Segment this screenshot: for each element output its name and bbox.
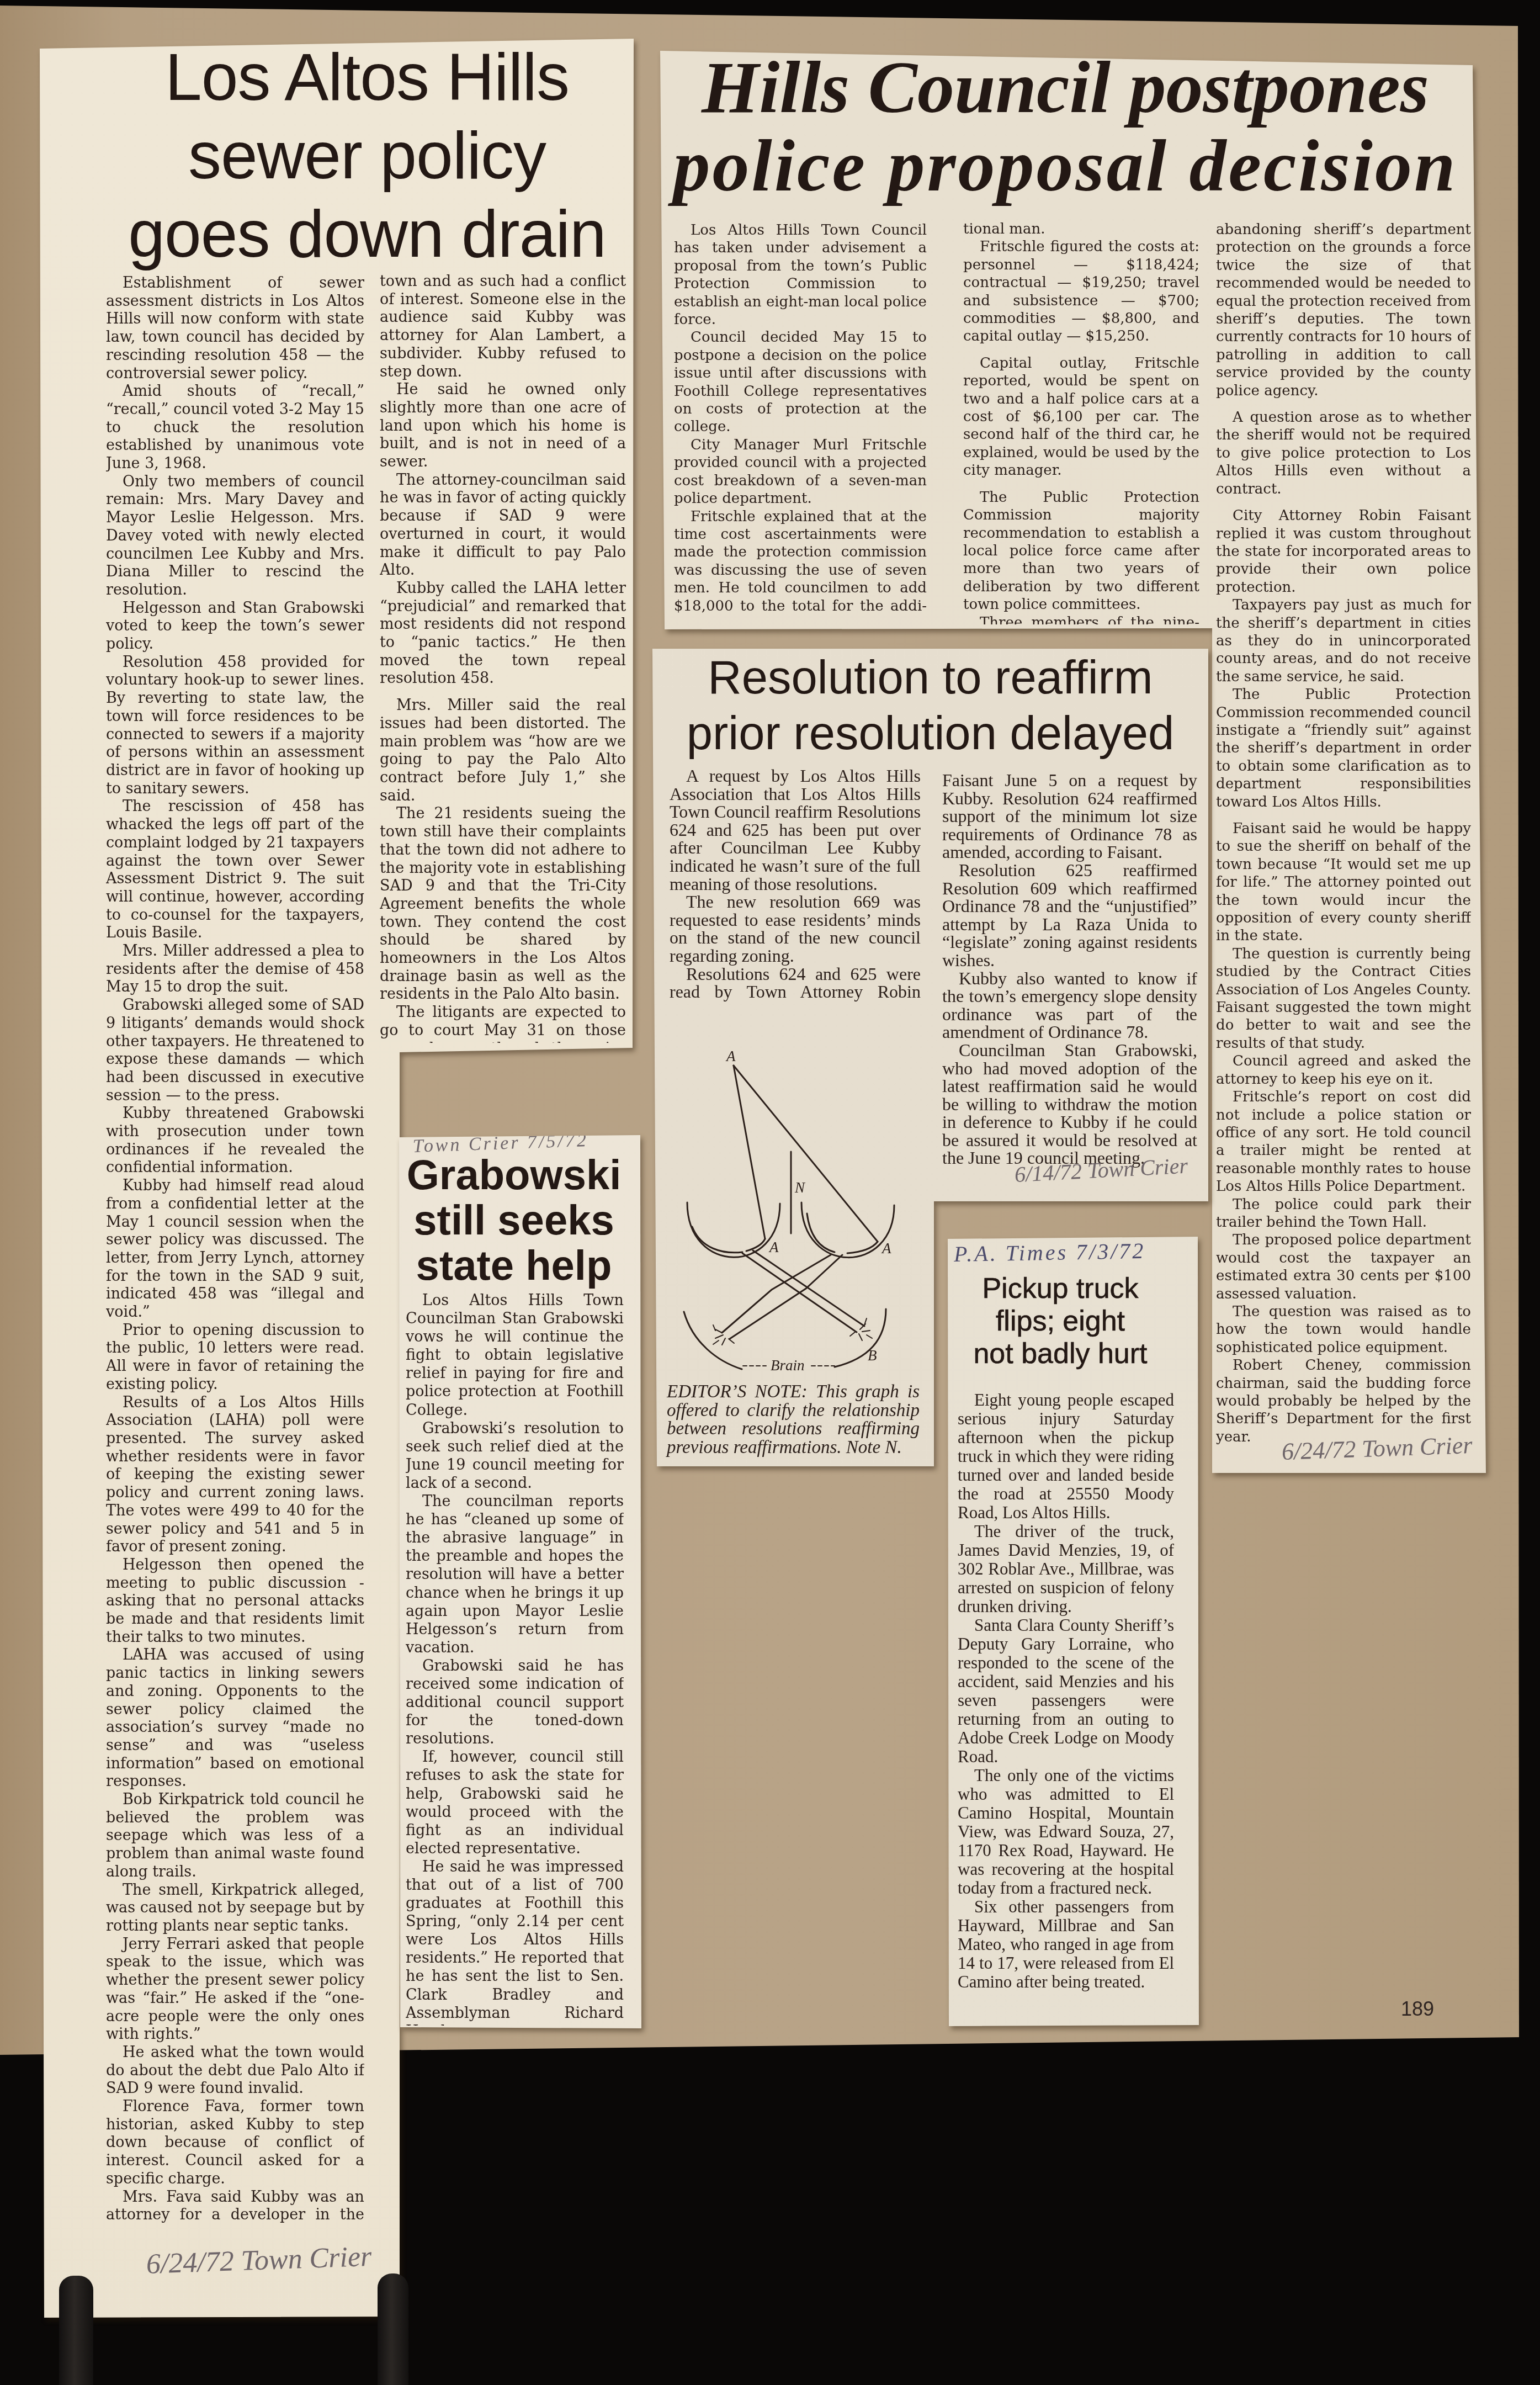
stand-peg-right: [378, 2273, 408, 2385]
paragraph: Santa Clara County Sheriff’s Deputy Gary…: [958, 1616, 1174, 1766]
clipping-paper: P.A. Times 7/3/72 Pickup truck flips; ei…: [0, 0, 1540, 2385]
handwritten-source-note: P.A. Times 7/3/72: [954, 1238, 1146, 1267]
stand-peg-left: [59, 2276, 93, 2385]
clipping-pickup-truck: P.A. Times 7/3/72 Pickup truck flips; ei…: [0, 0, 1540, 2385]
scrapbook-page: Los Altos Hills sewer policy goes down d…: [0, 0, 1540, 2385]
paragraph: Eight young people escaped serious injur…: [958, 1391, 1174, 1522]
page-number: 189: [1401, 1997, 1434, 2021]
article-column-1: Eight young people escaped serious injur…: [958, 1391, 1174, 2020]
paragraph: The driver of the truck, James David Men…: [958, 1522, 1174, 1616]
paragraph: Six other passengers from Hayward, Millb…: [958, 1898, 1174, 1991]
headline-line: Pickup truck: [958, 1273, 1163, 1305]
headline-line: not badly hurt: [958, 1338, 1163, 1370]
headline-line: flips; eight: [958, 1305, 1163, 1338]
paragraph: The only one of the victims who was admi…: [958, 1766, 1174, 1898]
headline: Pickup truck flips; eight not badly hurt: [958, 1273, 1163, 1370]
